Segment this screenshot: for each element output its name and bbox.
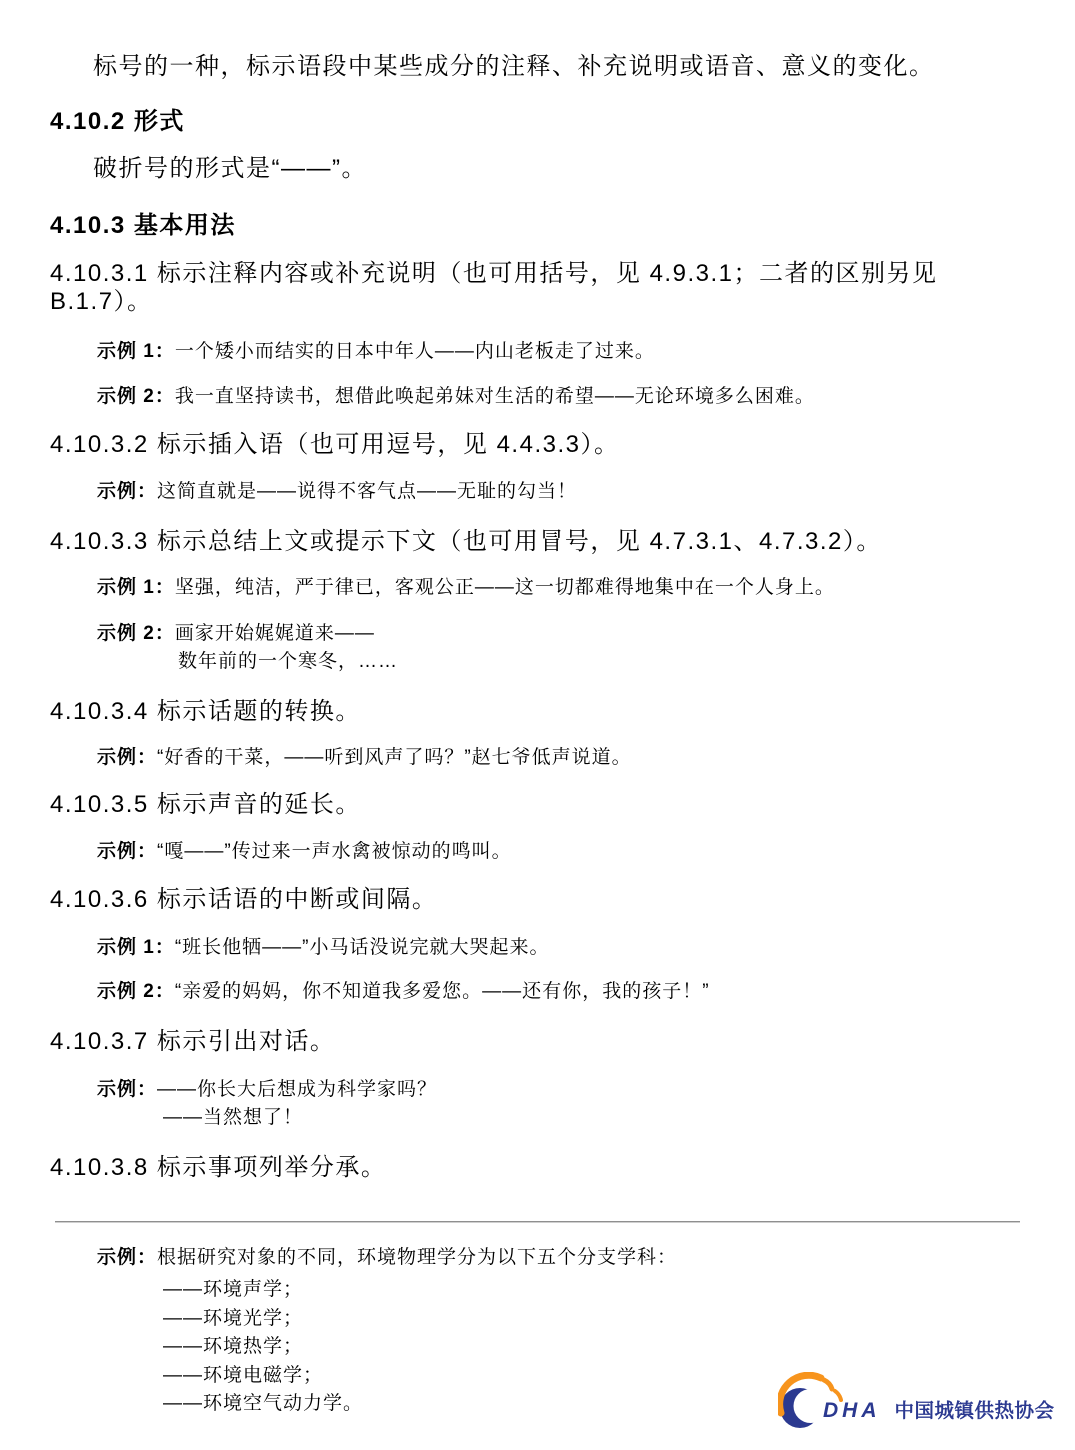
example-text: 这简直就是——说得不客气点——无耻的勾当！ <box>157 481 577 502</box>
example-text: ——你长大后想成为科学家吗？ <box>157 1079 437 1100</box>
subsection-4-10-3-7: 4.10.3.7 标示引出对话。 <box>50 1028 1020 1056</box>
example-text: 我一直坚持读书，想借此唤起弟妹对生活的希望——无论环境多么困难。 <box>175 386 815 407</box>
logo-acronym: DHA <box>823 1400 881 1421</box>
example-block: 示例：“好香的干菜，——听到风声了吗？”赵七爷低声说道。 <box>97 746 1020 770</box>
example-label: 示例 2： <box>97 386 175 407</box>
example-line: 示例 2：画家开始娓娓道来—— <box>97 620 1020 648</box>
subsection-4-10-3-6: 4.10.3.6 标示话语的中断或间隔。 <box>50 886 1020 914</box>
example-label: 示例： <box>97 747 157 768</box>
example-block: 示例 2：“亲爱的妈妈，你不知道我多爱您。——还有你，我的孩子！” <box>97 980 1020 1004</box>
example-block-multiline: 示例：——你长大后想成为科学家吗？ ——当然想了！ <box>97 1076 1020 1132</box>
paragraph-dash-form: 破折号的形式是“——”。 <box>93 155 1020 183</box>
example-block: 示例 1：“班长他牺——”小马话没说完就大哭起来。 <box>97 936 1020 960</box>
example-label: 示例： <box>97 1079 157 1100</box>
example-text: “亲爱的妈妈，你不知道我多爱您。——还有你，我的孩子！” <box>175 981 710 1002</box>
example-continuation: ——当然想了！ <box>163 1104 1020 1132</box>
subsection-4-10-3-1: 4.10.3.1 标示注释内容或补充说明（也可用括号，见 4.9.3.1；二者的… <box>50 260 1020 316</box>
page-divider <box>55 1221 1020 1223</box>
dash-list-item: ——环境声学； <box>163 1276 1020 1305</box>
org-logo: DHA 中国城镇供热协会 <box>778 1372 1055 1430</box>
example-label: 示例 1： <box>97 937 175 958</box>
heading-4-10-3: 4.10.3 基本用法 <box>50 212 1020 240</box>
subsection-4-10-3-2: 4.10.3.2 标示插入语（也可用逗号，见 4.4.3.3）。 <box>50 431 1020 459</box>
example-label: 示例： <box>97 841 157 862</box>
example-text: 坚强，纯洁，严于律已，客观公正——这一切都难得地集中在一个人身上。 <box>175 577 835 598</box>
example-block: 示例 1：一个矮小而结实的日本中年人——内山老板走了过来。 <box>97 340 1020 364</box>
example-label: 示例： <box>97 481 157 502</box>
example-label: 示例： <box>97 1247 157 1268</box>
dash-list-item: ——环境光学； <box>163 1305 1020 1334</box>
paragraph-definition: 标号的一种，标示语段中某些成分的注释、补充说明或语音、意义的变化。 <box>93 53 1020 81</box>
dash-list-item: ——环境热学； <box>163 1333 1020 1362</box>
example-label: 示例 2： <box>97 623 175 644</box>
logo-org-name: 中国城镇供热协会 <box>895 1402 1055 1422</box>
example-text: “好香的干菜，——听到风声了吗？”赵七爷低声说道。 <box>157 747 632 768</box>
subsection-4-10-3-3: 4.10.3.3 标示总结上文或提示下文（也可用冒号，见 4.7.3.1、4.7… <box>50 528 1020 556</box>
subsection-4-10-3-8: 4.10.3.8 标示事项列举分承。 <box>50 1154 1020 1182</box>
example-label: 示例 2： <box>97 981 175 1002</box>
example-block-multiline: 示例 2：画家开始娓娓道来—— 数年前的一个寒冬，…… <box>97 620 1020 676</box>
example-text: “嘎——”传过来一声水禽被惊动的鸣叫。 <box>157 841 512 862</box>
example-text: “班长他牺——”小马话没说完就大哭起来。 <box>175 937 550 958</box>
subsection-4-10-3-5: 4.10.3.5 标示声音的延长。 <box>50 791 1020 819</box>
example-text: 根据研究对象的不同，环境物理学分为以下五个分支学科： <box>157 1247 677 1268</box>
subsection-4-10-3-4: 4.10.3.4 标示话题的转换。 <box>50 698 1020 726</box>
example-list-intro: 示例：根据研究对象的不同，环境物理学分为以下五个分支学科： <box>97 1246 1020 1270</box>
heading-4-10-2: 4.10.2 形式 <box>50 108 1020 136</box>
example-line: 示例：——你长大后想成为科学家吗？ <box>97 1076 1020 1104</box>
example-text: 画家开始娓娓道来—— <box>175 623 375 644</box>
example-block: 示例：“嘎——”传过来一声水禽被惊动的鸣叫。 <box>97 840 1020 864</box>
example-text: 一个矮小而结实的日本中年人——内山老板走了过来。 <box>175 341 655 362</box>
example-block: 示例 2：我一直坚持读书，想借此唤起弟妹对生活的希望——无论环境多么困难。 <box>97 385 1020 409</box>
example-label: 示例 1： <box>97 341 175 362</box>
example-continuation: 数年前的一个寒冬，…… <box>178 648 1020 676</box>
example-label: 示例 1： <box>97 577 175 598</box>
example-block: 示例：这简直就是——说得不客气点——无耻的勾当！ <box>97 480 1020 504</box>
document-page: 标号的一种，标示语段中某些成分的注释、补充说明或语音、意义的变化。 4.10.2… <box>0 0 1075 1419</box>
example-block: 示例 1：坚强，纯洁，严于律已，客观公正——这一切都难得地集中在一个人身上。 <box>97 576 1020 600</box>
